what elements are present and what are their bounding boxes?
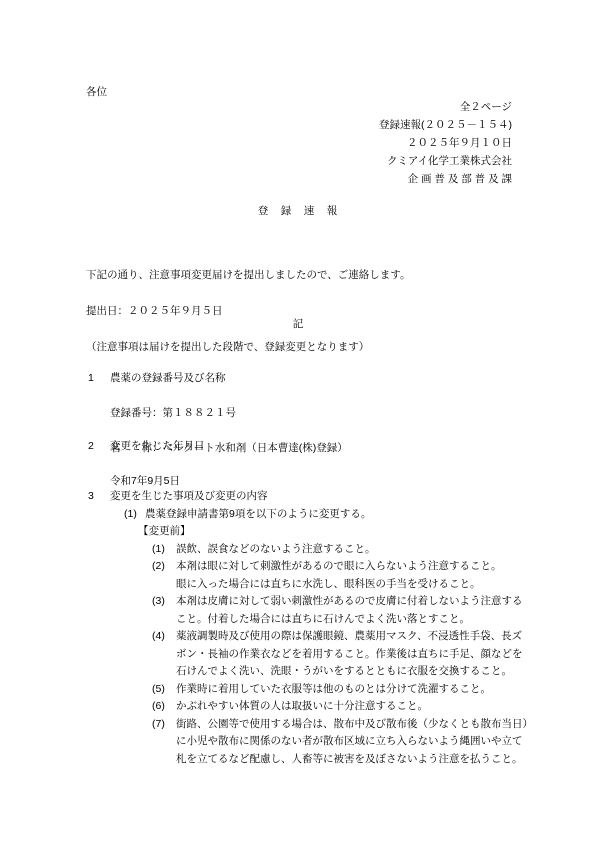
notice-item-number: (7): [152, 716, 176, 769]
notice-item-number: (5): [152, 681, 176, 699]
company-name: クミアイ化学工業株式会社: [379, 152, 512, 170]
document-page: 各位 全２ページ 登録速報(２０２５－１５４) ２０２５年９月１０日 クミアイ化…: [0, 0, 596, 842]
section-heading: 2 変更を生じた年月日: [88, 438, 596, 456]
notice-item: (4) 薬液調製時及び使用の際は保護眼鏡、農薬用マスク、不浸透性手袋、長ズ ボン…: [152, 628, 596, 681]
intro-paragraph: 下記の通り、注意事項変更届けを提出しましたので、ご連絡します。 提出日：２０２５…: [86, 248, 410, 374]
notice-item-number: (3): [152, 593, 176, 628]
notice-list: (1) 誤飲、誤食などのないよう注意すること。 (2) 本剤は眼に対して刺激性が…: [0, 541, 596, 769]
notice-item: (3) 本剤は皮膚に対して弱い刺激性があるので皮膚に付着しないよう注意する こと…: [152, 593, 596, 628]
notice-item: (6) かぶれやすい体質の人は取扱いに十分注意すること。: [152, 698, 596, 716]
notice-item-number: (1): [152, 541, 176, 559]
notice-item-text: 街路、公園等で使用する場合は、散布中及び散布後（少なくとも散布当日） に小児や散…: [176, 716, 544, 769]
section-heading: 1 農薬の登録番号及び名称: [88, 370, 596, 388]
notice-item-text: 薬液調製時及び使用の際は保護眼鏡、農薬用マスク、不浸透性手袋、長ズ ボン・長袖の…: [176, 628, 544, 681]
registration-number-line: 登録番号：第１８８２１号: [110, 405, 596, 423]
salutation: 各位: [86, 83, 107, 101]
notice-item: (7) 街路、公園等で使用する場合は、散布中及び散布後（少なくとも散布当日） に…: [152, 716, 596, 769]
notice-item-text: 誤飲、誤食などのないよう注意すること。: [176, 541, 544, 559]
section-number: 3: [88, 488, 110, 506]
section-number: 1: [88, 370, 110, 388]
notice-item: (1) 誤飲、誤食などのないよう注意すること。: [152, 541, 596, 559]
intro-note-line: （注意事項は届けを提出した段階で、登録変更となります）: [86, 338, 410, 356]
document-title: 登 録 速 報: [0, 202, 596, 220]
section-change-details: 3 変更を生じた事項及び変更の内容 (1) 農薬登録申請書第9項を以下のように変…: [0, 488, 596, 768]
notice-item-text: かぶれやすい体質の人は取扱いに十分注意すること。: [176, 698, 544, 716]
notice-item: (5) 作業時に着用していた衣服等は他のものとは分けて洗濯すること。: [152, 681, 596, 699]
notice-item-text: 本剤は眼に対して刺激性があるので眼に入らないよう注意すること。 眼に入った場合に…: [176, 558, 544, 593]
bulletin-number: 登録速報(２０２５－１５４): [379, 116, 512, 134]
section-number: 2: [88, 438, 110, 456]
sub-item-text: 農薬登録申請書第9項を以下のように変更する。: [145, 506, 371, 524]
notice-item-text: 本剤は皮膚に対して弱い刺激性があるので皮膚に付着しないよう注意する こと。付着し…: [176, 593, 544, 628]
section-heading: 3 変更を生じた事項及び変更の内容: [88, 488, 596, 506]
header-right-block: 全２ページ 登録速報(２０２５－１５４) ２０２５年９月１０日 クミアイ化学工業…: [379, 98, 512, 188]
before-change-label: 【変更前】: [138, 523, 596, 541]
intro-line: 下記の通り、注意事項変更届けを提出しましたので、ご連絡します。: [86, 266, 410, 284]
section-heading-text: 農薬の登録番号及び名称: [110, 370, 226, 388]
sub-item-heading: (1) 農薬登録申請書第9項を以下のように変更する。: [124, 506, 596, 524]
notice-item-number: (2): [152, 558, 176, 593]
notice-item-text: 作業時に着用していた衣服等は他のものとは分けて洗濯すること。: [176, 681, 544, 699]
issue-date: ２０２５年９月１０日: [379, 134, 512, 152]
page-count: 全２ページ: [379, 98, 512, 116]
notice-item-number: (6): [152, 698, 176, 716]
section-heading-text: 変更を生じた事項及び変更の内容: [110, 488, 268, 506]
notice-item-number: (4): [152, 628, 176, 681]
section-heading-text: 変更を生じた年月日: [110, 438, 205, 456]
record-mark: 記: [0, 315, 596, 333]
sub-item-number: (1): [124, 506, 145, 524]
notice-item: (2) 本剤は眼に対して刺激性があるので眼に入らないよう注意すること。 眼に入っ…: [152, 558, 596, 593]
department-name: 企 画 普 及 部 普 及 課: [379, 170, 512, 188]
